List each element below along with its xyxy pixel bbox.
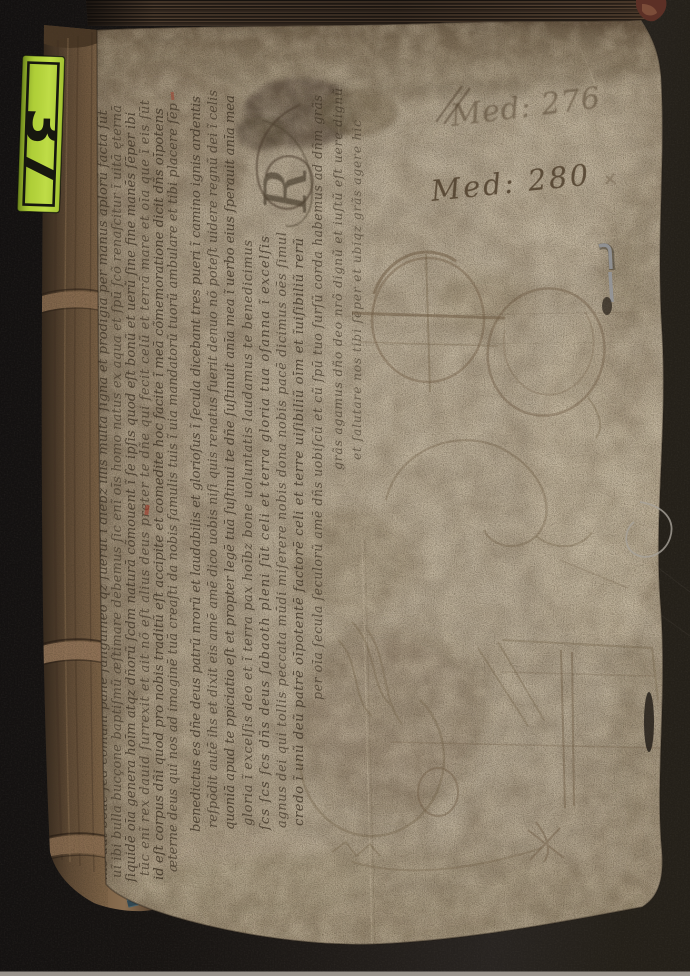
manuscript-photo-canvas: 37 xyxy=(0,0,690,976)
script-line: id eſt corpus dñi quod pro nobis traditũ… xyxy=(152,108,167,880)
script-line: ſcs ſcs ſcs dñs deus ſabaoth pleni ſūt c… xyxy=(258,236,273,831)
script-line: ſiquidē oīa genera hoīm atqz dñorũ ſcdm … xyxy=(124,112,139,883)
script-line: gloria ĩ excelſis deo et ĩ terra pax hoī… xyxy=(241,240,256,826)
book-cover: ut platea balliſtē þoz gregis rõne ſalua… xyxy=(65,15,670,954)
script-line: grãs agamus dño deo nrõ dignũ et iuſtũ e… xyxy=(330,88,345,470)
script-line: tūc enĩ rex dauid ſurrexit et ait nõ eſt… xyxy=(138,99,153,876)
script-line: credo ĩ unũ deũ patrē oīpotentē factorē … xyxy=(292,238,307,826)
script-line: agnus dei qui tollis peccata mūdi miſere… xyxy=(275,232,290,828)
script-line: benedictus es dñe deus patrũ nrorũ et la… xyxy=(189,96,204,832)
script-line: quoniā apud te ppiciatio eſt et propter … xyxy=(223,95,238,830)
script-line: æterne deus qui nos ad imaginē tuā creaſ… xyxy=(166,102,181,872)
script-line: reſpõdit autē ihs et dixit eis amē amē d… xyxy=(206,90,221,828)
script-line: et ſalutare nos tibi ſēper et ubiqz grãs… xyxy=(350,120,364,460)
cover-edge-slit xyxy=(644,692,654,752)
script-line: uĩ ibi bulla bucçone baptiſmũ æſtimare d… xyxy=(110,105,125,878)
scan-edge-strip xyxy=(0,972,690,976)
photo-of-manuscript-book: 37 xyxy=(0,0,690,976)
